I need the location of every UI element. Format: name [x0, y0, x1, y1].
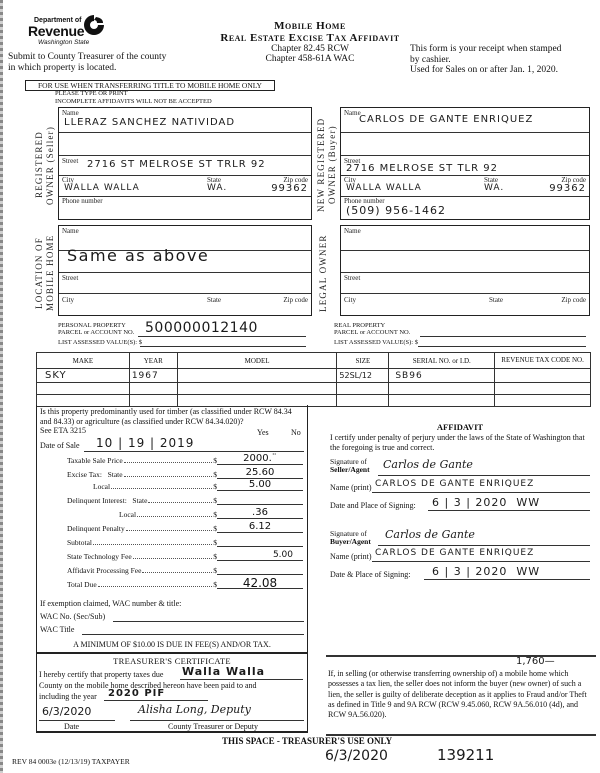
seller-print-name-field[interactable]: CARLOS DE GANTE ENRIQUEZ	[375, 479, 534, 489]
treasurer-date-field[interactable]: 6/3/2020	[42, 705, 91, 718]
seller-name-field[interactable]: LLERAZ SANCHEZ NATIVIDAD	[64, 117, 235, 128]
rp-assessed-field[interactable]	[418, 346, 586, 347]
taxable-sale-price-row: Taxable Sale Price$2000.¨	[67, 454, 303, 465]
subtotal-row: Subtotal$	[67, 536, 303, 547]
logo-name: Revenue	[28, 23, 84, 39]
dor-swirl-icon	[83, 14, 105, 36]
scan-edge	[0, 0, 3, 773]
lien-top-rule	[326, 655, 596, 657]
treasurer-date-label: Date	[64, 722, 79, 731]
year-underline	[104, 700, 208, 701]
lien-notice-text: If, in selling (or otherwise transferrin…	[328, 669, 594, 720]
treasurer-year-field[interactable]: 2020 PIF	[108, 688, 165, 699]
title-line2: Real Estate Excise Tax Affidavit	[200, 32, 420, 44]
sig-label-2: Buyer/Agent	[330, 538, 371, 546]
date-of-sale-field[interactable]: 10 | 19 | 2019	[96, 436, 194, 450]
legal-owner-section-label: LEGAL OWNER	[318, 228, 338, 318]
divider	[59, 132, 311, 133]
seller-box: Name LLERAZ SANCHEZ NATIVIDAD Street 271…	[58, 107, 312, 220]
buyer-zip-field[interactable]: 99362	[549, 183, 586, 194]
timber-question-text: Is this property predominantly used for …	[40, 407, 292, 426]
transfer-notice-text: FOR USE WHEN TRANSFERRING TITLE TO MOBIL…	[38, 81, 262, 90]
county-underline	[180, 679, 303, 680]
size-field[interactable]	[337, 395, 389, 407]
tax-code-field[interactable]	[495, 383, 591, 395]
seller-sig-underline	[378, 475, 590, 476]
row-label: Total Due	[67, 580, 97, 589]
buyer-street-field[interactable]: 2716 MELROSE ST TLR 92	[346, 163, 498, 174]
row-label: State Technology Fee	[67, 552, 132, 561]
legal-name-label: Name	[344, 227, 361, 235]
divider	[59, 293, 311, 294]
treasurer-line1: I hereby certify that property taxes due	[39, 670, 163, 679]
buyer-phone-field[interactable]: (509) 956-1462	[346, 204, 446, 217]
seller-date-underline	[428, 510, 590, 511]
legal-owner-box: Name Street City State Zip code	[340, 225, 590, 316]
serial-field[interactable]: SB96	[389, 369, 495, 383]
affidavit-fee-row: Affidavit Processing Fee$	[67, 564, 303, 575]
buyer-box: Name CARLOS DE GANTE ENRIQUEZ Street 271…	[340, 107, 590, 220]
submit-note-line2: in which property is located.	[8, 63, 166, 74]
table-row	[37, 383, 591, 395]
pp-assessed-field[interactable]	[140, 346, 306, 347]
seller-signature-field[interactable]: Carlos de Gante	[383, 458, 473, 471]
col-tax-code: REVENUE TAX CODE NO.	[495, 353, 591, 369]
delinquent-interest-state-field[interactable]	[217, 493, 303, 505]
affidavit-title: AFFIDAVIT	[320, 422, 600, 432]
buyer-label-1: NEW REGISTERED	[316, 118, 326, 212]
chapter-rcw: Chapter 82.45 RCW	[200, 44, 420, 54]
legal-city-label: City	[344, 296, 356, 304]
buyer-print-name-label: Name (print)	[330, 552, 372, 561]
rp-label-2: PARCEL or ACCOUNT NO.	[334, 329, 410, 336]
legal-zip-label: Zip code	[561, 296, 586, 304]
dor-logo: Department of Revenue Washington State	[8, 14, 108, 48]
col-serial: SERIAL NO. or I.D.	[389, 353, 495, 369]
location-label-1: LOCATION OF	[34, 237, 44, 309]
buyer-sig-label: Signature of Buyer/Agent	[330, 530, 371, 546]
legal-state-label: State	[489, 296, 503, 304]
make-field[interactable]: SKY	[37, 369, 130, 383]
treasurer-receipt-number[interactable]: 139211	[437, 746, 494, 764]
seller-city-field[interactable]: WALLA WALLA	[64, 183, 140, 193]
buyer-state-field[interactable]: WA.	[484, 183, 504, 193]
location-street-label: Street	[62, 274, 78, 282]
table-header-row: MAKE YEAR MODEL SIZE SERIAL NO. or I.D. …	[37, 353, 591, 369]
subtotal-field[interactable]	[217, 535, 303, 547]
size-field[interactable]: 52SL/12	[337, 369, 389, 383]
treasurer-line3: including the year	[39, 692, 97, 701]
pp-label-1: PERSONAL PROPERTY	[58, 322, 134, 329]
divider	[341, 155, 589, 156]
buyer-name-field[interactable]: CARLOS DE GANTE ENRIQUEZ	[359, 114, 533, 125]
treasurer-signature[interactable]: Alisha Long, Deputy	[138, 703, 251, 716]
receipt-line3: Used for Sales on or after Jan. 1, 2020.	[410, 65, 561, 76]
location-state-label: State	[207, 296, 221, 304]
rp-account-field[interactable]	[420, 336, 586, 337]
serial-field[interactable]	[389, 395, 495, 407]
date-of-sale-label: Date of Sale	[40, 441, 80, 450]
seller-name-underline	[372, 492, 590, 493]
seller-date-label: Date and Place of Signing:	[330, 501, 416, 510]
treasurer-use-label: THIS SPACE - TREASURER'S USE ONLY	[222, 736, 392, 746]
timber-question: Is this property predominantly used for …	[40, 407, 305, 426]
seller-name-label: Name	[62, 109, 79, 117]
rp-account: REAL PROPERTY PARCEL or ACCOUNT NO.	[334, 322, 410, 336]
title-line1: Mobile Home	[200, 20, 420, 32]
seller-date-field[interactable]: 6 | 3 | 2020 WW	[432, 496, 540, 509]
receipt-note: This form is your receipt when stamped b…	[410, 44, 561, 76]
affidavit-fee-field[interactable]	[217, 563, 303, 575]
buyer-date-field[interactable]: 6 | 3 | 2020 WW	[432, 565, 540, 578]
seller-street-field[interactable]: 2716 ST MELROSE ST TRLR 92	[87, 159, 266, 170]
buyer-section-label: NEW REGISTERED OWNER (Buyer)	[316, 110, 340, 220]
date-underline	[39, 720, 115, 721]
model-field[interactable]	[177, 369, 337, 383]
total-due-row: Total Due$42.08	[67, 578, 303, 589]
timber-yes-option[interactable]: Yes	[257, 428, 269, 437]
tax-code-field[interactable]	[495, 395, 591, 407]
divider	[59, 272, 311, 273]
location-zip-label: Zip code	[283, 296, 308, 304]
taxable-sale-price-field[interactable]: 2000.¨	[217, 453, 303, 465]
minimum-notice: A MINIMUM OF $10.00 IS DUE IN FEE(S) AND…	[36, 640, 308, 649]
pp-account: PERSONAL PROPERTY PARCEL or ACCOUNT NO.	[58, 322, 134, 336]
wac-title-label: WAC Title	[40, 625, 74, 634]
exemption-label: If exemption claimed, WAC number & title…	[40, 599, 181, 608]
buyer-print-name-field[interactable]: CARLOS DE GANTE ENRIQUEZ	[375, 548, 534, 558]
excise-state-field[interactable]: 25.60	[217, 467, 303, 479]
seller-label-1: REGISTERED	[34, 132, 44, 199]
wac-title-field[interactable]	[82, 634, 304, 635]
buyer-city-field[interactable]: WALLA WALLA	[346, 183, 422, 193]
size-field[interactable]	[337, 383, 389, 395]
divider	[341, 293, 589, 294]
divider	[59, 155, 311, 156]
row-label: Delinquent Interest: State	[67, 496, 147, 505]
mobile-home-table: MAKE YEAR MODEL SIZE SERIAL NO. or I.D. …	[36, 352, 591, 407]
divider	[341, 132, 589, 133]
location-label-2: MOBILE HOME	[45, 235, 55, 311]
legal-street-label: Street	[344, 274, 360, 282]
row-label: Subtotal	[67, 538, 92, 547]
timber-no-option[interactable]: No	[291, 428, 301, 437]
row-label: Delinquent Penalty	[67, 524, 125, 533]
pp-label-2: PARCEL or ACCOUNT NO.	[58, 329, 134, 336]
treasurer-sig-label: County Treasurer or Deputy	[168, 722, 258, 731]
treasurer-cert-title: TREASURER'S CERTIFICATE	[36, 656, 308, 666]
buyer-date-label: Date & Place of Signing:	[330, 570, 410, 579]
tax-code-field[interactable]	[495, 369, 591, 383]
col-model: MODEL	[177, 353, 337, 369]
delinquent-penalty-field[interactable]: 6.12	[217, 521, 303, 533]
row-label: Local	[119, 510, 136, 519]
sig-label-2: Seller/Agent	[330, 466, 370, 474]
divider	[341, 250, 589, 251]
excise-state-row: Excise Tax: State$25.60	[67, 468, 303, 479]
location-section-label: LOCATION OF MOBILE HOME	[34, 228, 58, 318]
logo-state: Washington State	[38, 39, 89, 46]
state-tech-fee-field[interactable]: 5.00	[217, 549, 303, 561]
location-box: Name Same as above Street City State Zip…	[58, 225, 312, 316]
buyer-label-2: OWNER (Buyer)	[327, 126, 337, 205]
submit-note: Submit to County Treasurer of the county…	[8, 52, 166, 74]
rp-assessed-label: LIST ASSESSED VALUE(S): $	[334, 339, 418, 346]
row-label: Taxable Sale Price	[67, 456, 123, 465]
model-field[interactable]	[177, 383, 337, 395]
receipt-line2: by cashier.	[410, 55, 561, 66]
state-tech-fee-row: State Technology Fee$5.00	[67, 550, 303, 561]
rp-label-1: REAL PROPERTY	[334, 322, 410, 329]
receipt-line1: This form is your receipt when stamped	[410, 44, 561, 55]
incomplete-note: INCOMPLETE AFFIDAVITS WILL NOT BE ACCEPT…	[55, 98, 212, 105]
row-label: Excise Tax: State	[67, 470, 123, 479]
col-size: SIZE	[337, 353, 389, 369]
seller-phone-label: Phone number	[62, 197, 103, 205]
buyer-signature-field[interactable]: Carlos de Gante	[385, 528, 475, 541]
year-field[interactable]	[129, 383, 177, 395]
affidavit-text: I certify under penalty of perjury under…	[330, 433, 590, 453]
location-name-field[interactable]: Same as above	[67, 246, 209, 265]
divider	[341, 272, 589, 273]
delinquent-interest-state-row: Delinquent Interest: State$	[67, 494, 303, 505]
treasurer-county-field[interactable]: Walla Walla	[182, 665, 265, 678]
seller-state-field[interactable]: WA.	[207, 183, 227, 193]
seller-sig-label: Signature of Seller/Agent	[330, 458, 370, 474]
year-field[interactable]: 1967	[129, 369, 177, 383]
buyer-sig-underline	[378, 545, 590, 546]
treasurer-stamp-date[interactable]: 6/3/2020	[325, 748, 388, 764]
pp-assessed-label: LIST ASSESSED VALUE(S): $	[58, 339, 142, 346]
wac-no-field[interactable]	[113, 621, 304, 622]
date-of-sale-underline	[84, 451, 304, 452]
total-due-field[interactable]: 42.08	[217, 577, 303, 589]
col-year: YEAR	[129, 353, 177, 369]
delinquent-interest-local-field[interactable]: .36	[217, 507, 303, 519]
buyer-name-underline	[372, 561, 590, 562]
excise-local-row: Local$5.00	[67, 480, 303, 491]
signature-underline	[130, 720, 304, 721]
excise-local-field[interactable]: 5.00	[217, 479, 303, 491]
seller-section-label: REGISTERED OWNER (Seller)	[34, 110, 58, 220]
buyer-date-underline	[424, 579, 590, 580]
serial-field[interactable]	[389, 383, 495, 395]
table-row: SKY 1967 52SL/12 SB96	[37, 369, 591, 383]
see-eta-label: See ETA 3215	[40, 426, 86, 435]
col-make: MAKE	[37, 353, 130, 369]
type-print-note: PLEASE TYPE OR PRINT	[55, 90, 128, 97]
form-title: Mobile Home Real Estate Excise Tax Affid…	[200, 20, 420, 64]
make-field[interactable]	[37, 383, 130, 395]
delinquent-interest-local-row: Local$.36	[67, 508, 303, 519]
row-label: Affidavit Processing Fee	[67, 566, 141, 575]
delinquent-penalty-row: Delinquent Penalty$6.12	[67, 522, 303, 533]
form-id: REV 84 0003e (12/13/19) TAXPAYER	[12, 757, 130, 766]
location-city-label: City	[62, 296, 74, 304]
lien-amount-field[interactable]: 1,760—	[516, 656, 555, 667]
seller-zip-field[interactable]: 99362	[271, 183, 308, 194]
legal-owner-label: LEGAL OWNER	[318, 234, 328, 312]
divider	[341, 175, 589, 176]
pp-account-field[interactable]: 500000012140	[145, 320, 258, 336]
seller-label-2: OWNER (Seller)	[45, 125, 55, 204]
seller-street-label: Street	[62, 157, 78, 165]
row-label: Local	[93, 482, 110, 491]
wac-no-label: WAC No. (Sec/Sub)	[40, 612, 105, 621]
seller-print-name-label: Name (print)	[330, 483, 372, 492]
divider	[59, 175, 311, 176]
location-name-label: Name	[62, 227, 79, 235]
pp-account-underline	[138, 336, 306, 337]
submit-note-line1: Submit to County Treasurer of the county	[8, 52, 166, 63]
chapter-wac: Chapter 458-61A WAC	[200, 54, 420, 64]
